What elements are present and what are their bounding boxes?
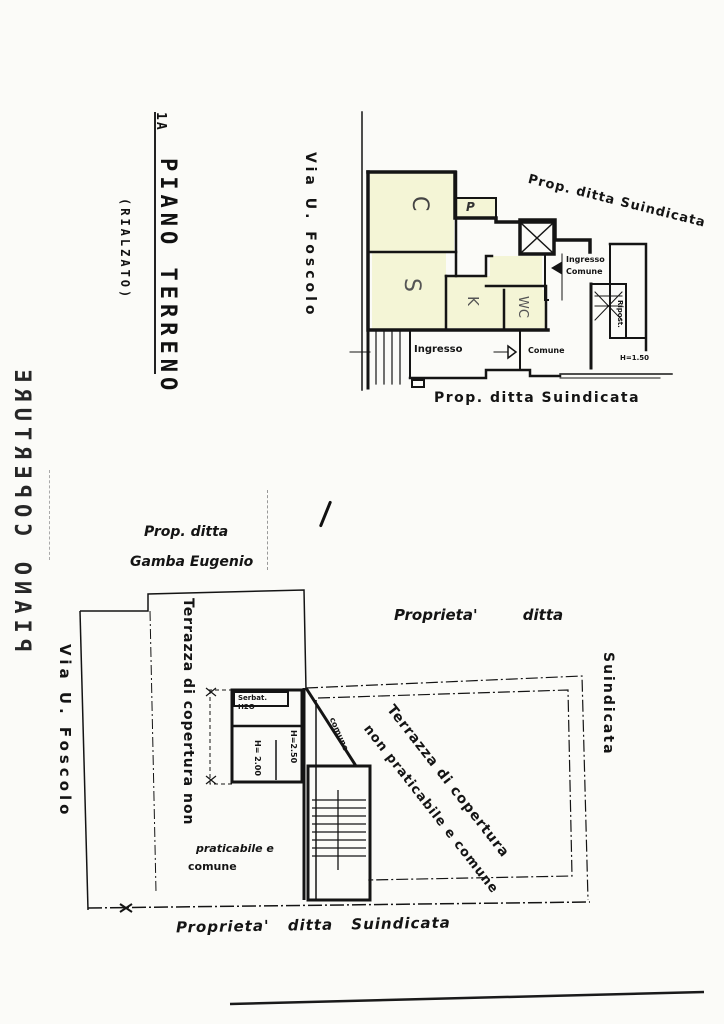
- floor-plan-sheet: 1A PIANO TERRENO (RIALZATO) Via U. Fosco…: [0, 0, 724, 1024]
- page-edge-line: [0, 0, 724, 1024]
